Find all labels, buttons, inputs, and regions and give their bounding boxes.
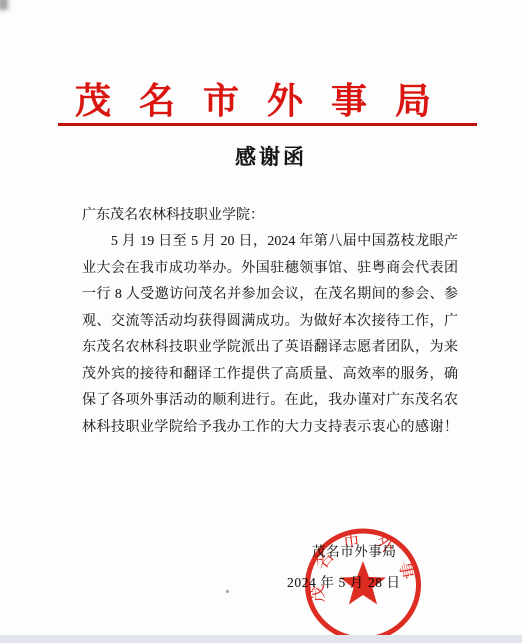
body-line: 林科技职业学院给予我办工作的大力支持表示衷心的感谢！ [82, 415, 458, 441]
seal-star-icon [340, 561, 386, 604]
body-line: 保了各项外事活动的顺利进行。在此，我办谨对广东茂名农 [82, 388, 458, 414]
body-line: 茂外宾的接待和翻译工作提供了高质量、高效率的服务，确 [82, 362, 458, 388]
body-line: 东茂名农林科技职业学院派出了英语翻译志愿者团队，为来 [82, 335, 458, 361]
page-bottom-edge [0, 635, 522, 643]
body-line: 观、交流等活动均获得圆满成功。为做好本次接待工作，广 [82, 309, 458, 335]
body-line: 一行 8 人受邀访问茂名并参加会议，在茂名期间的参会、参 [82, 282, 458, 308]
scan-speck [226, 590, 229, 593]
letterhead-rule [58, 123, 477, 126]
body-paragraph: 5 月 19 日至 5 月 20 日，2024 年第八届中国荔枝龙眼产业大会在我… [82, 229, 458, 441]
document-title: 感谢函 [10, 141, 522, 171]
letterhead-org-name: 茂名市外事局 [75, 83, 459, 120]
salutation-line: 广东茂名农林科技职业学院： [82, 203, 458, 229]
official-seal-stamp: 茂名市外事局 [304, 528, 422, 642]
scanned-letter-page: 茂名市外事局 感谢函 广东茂名农林科技职业学院： 5 月 19 日至 5 月 2… [0, 0, 522, 643]
letter-body: 广东茂名农林科技职业学院： 5 月 19 日至 5 月 20 日，2024 年第… [82, 203, 458, 441]
body-line: 业大会在我市成功举办。外国驻穗领事馆、驻粤商会代表团 [82, 256, 458, 282]
scan-corner-smudge [0, 0, 8, 10]
body-line: 5 月 19 日至 5 月 20 日，2024 年第八届中国荔枝龙眼产 [82, 229, 458, 255]
